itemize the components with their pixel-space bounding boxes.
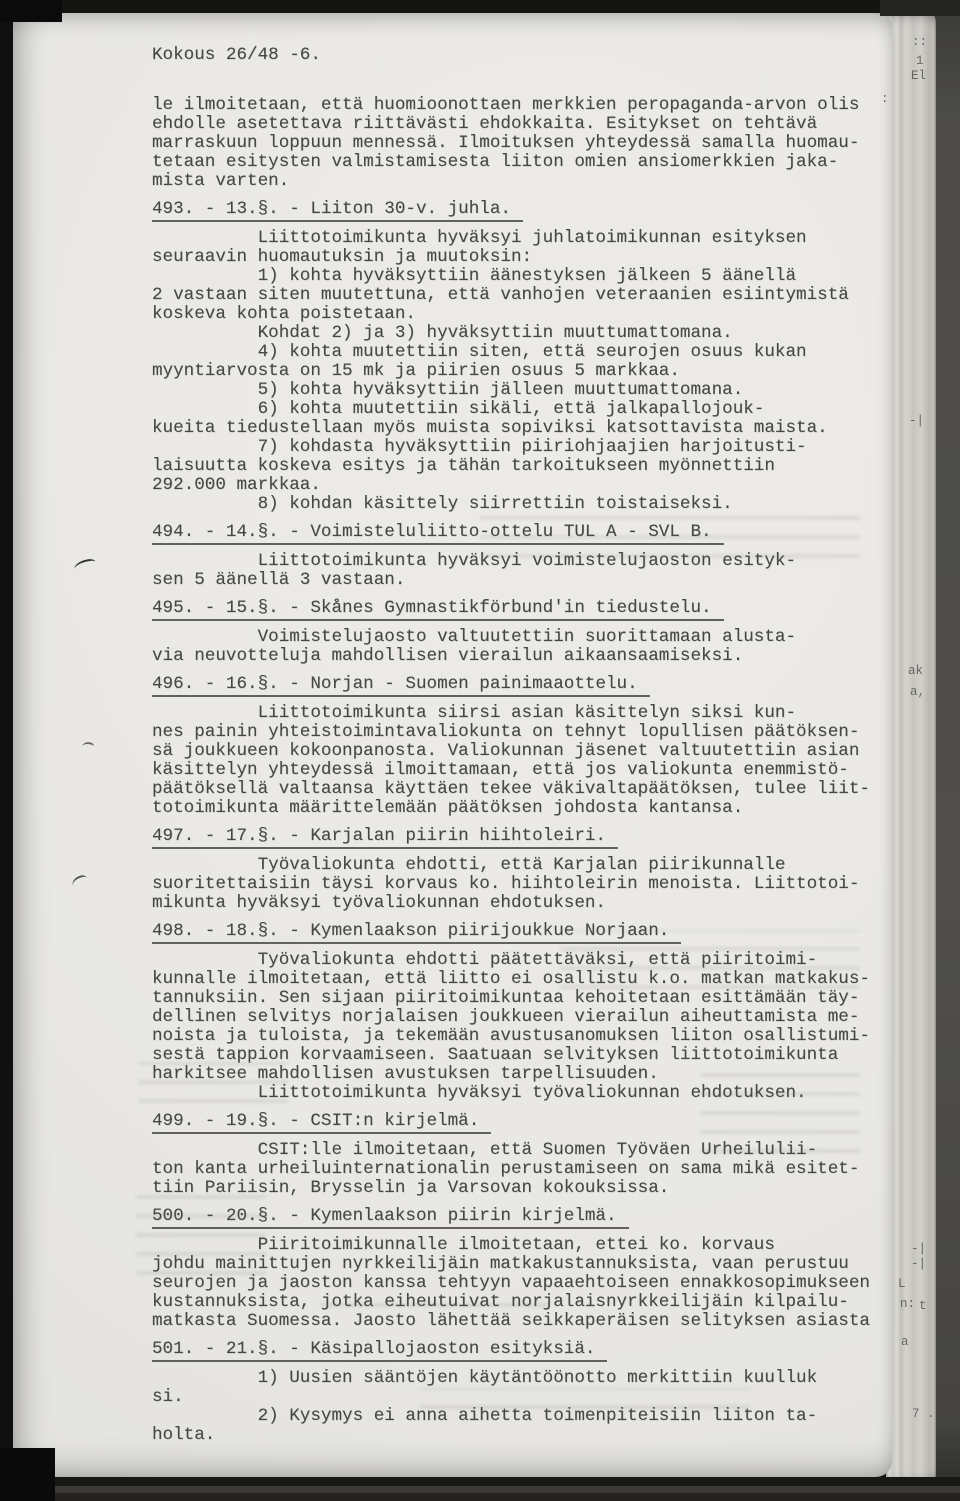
bleedthrough-smudge [560, 930, 860, 994]
edge-text-fragment: -| [909, 415, 924, 427]
text-line: päätöksellä valtaansa käyttäen tekee väk… [152, 780, 892, 799]
text-line: suoritettaisiin täysi korvaus ko. hiihto… [152, 875, 892, 894]
scan-table-surface [0, 1477, 960, 1501]
text-line: Kohdat 2) ja 3) hyväksyttiin muuttumatto… [152, 324, 892, 343]
text-line: kueita tiedustellaan myös muista sopivik… [152, 419, 892, 438]
bleedthrough-smudge [136, 1180, 266, 1280]
edge-text-fragment: a [901, 1336, 909, 1348]
document-header: Kokous 26/48 -6. [152, 46, 892, 65]
edge-text-fragment: ak [908, 665, 923, 677]
edge-text-fragment: n: [900, 1298, 915, 1310]
edge-text-fragment: : [881, 93, 889, 105]
section-heading-text: 496. - 16.§. - Norjan - Suomen painimaao… [152, 675, 650, 697]
section-heading: 493. - 13.§. - Liiton 30-v. juhla. [152, 200, 892, 222]
text-line: via neuvotteluja mahdollisen vierailun a… [152, 647, 892, 666]
text-line: holta. [152, 1426, 892, 1445]
text-line: 5) kohta hyväksyttiin jälleen muuttumatt… [152, 381, 892, 400]
text-line: 6) kohta muutettiin sikäli, että jalkapa… [152, 400, 892, 419]
document-page: Kokous 26/48 -6. le ilmoitetaan, että hu… [12, 13, 892, 1477]
section-heading-text: 493. - 13.§. - Liiton 30-v. juhla. [152, 200, 523, 222]
text-line: marraskuun loppuun mennessä. Ilmoituksen… [152, 134, 892, 153]
text-line: Liittotoimikunta siirsi asian käsittelyn… [152, 704, 892, 723]
text-line: totoimikunta määrittelemään päätöksen jo… [152, 799, 892, 818]
text-line: tetaan esitysten valmistamisesta liiton … [152, 153, 892, 172]
bleedthrough-smudge [420, 1388, 750, 1414]
edge-text-fragment: El [911, 70, 926, 82]
text-line: Voimistelujaosto valtuutettiin suorittam… [152, 628, 892, 647]
scan-border-left [0, 0, 13, 1501]
text-line: le ilmoitetaan, että huomioonottaen merk… [152, 96, 892, 115]
edge-text-fragment: 1 [916, 55, 924, 67]
bleedthrough-smudge [700, 1058, 860, 1158]
paragraph: le ilmoitetaan, että huomioonottaen merk… [152, 96, 892, 191]
text-line: 1) Uusien sääntöjen käytäntöönotto merki… [152, 1369, 892, 1388]
text-line: Liittotoimikunta hyväksyi juhlatoimikunn… [152, 229, 892, 248]
edge-text-fragment: a, [910, 686, 925, 698]
edge-text-fragment: :: [912, 36, 927, 48]
edge-text-fragment: -| [911, 1258, 926, 1270]
section-heading: 495. - 15.§. - Skånes Gymnastikförbund'i… [152, 599, 892, 621]
text-line: matkasta Suomessa. Jaosto lähettää seikk… [152, 1312, 892, 1331]
bleedthrough-smudge [480, 515, 860, 563]
text-line: noista ja tuloista, ja tekemään avustusa… [152, 1027, 892, 1046]
text-line: dellinen selvitys norjalaisen joukkueen … [152, 1008, 892, 1027]
scan-corner [0, 0, 62, 22]
text-line: Työvaliokunta ehdotti, että Karjalan pii… [152, 856, 892, 875]
ink-mark [70, 874, 89, 891]
section-heading: 496. - 16.§. - Norjan - Suomen painimaao… [152, 675, 892, 697]
text-line: 8) kohdan käsittely siirrettiin toistais… [152, 495, 892, 514]
paragraph: Liittotoimikunta hyväksyi juhlatoimikunn… [152, 229, 892, 514]
text-line: seuraavin huomautuksin ja muutoksin: [152, 248, 892, 267]
section-heading: 501. - 21.§. - Käsipallojaoston esityksi… [152, 1340, 892, 1362]
text-line: 2 vastaan siten muutettuna, että vanhoje… [152, 286, 892, 305]
paragraph: Työvaliokunta ehdotti, että Karjalan pii… [152, 856, 892, 913]
text-line: 7) kohdasta hyväksyttiin piiriohjaajien … [152, 438, 892, 457]
section-heading-text: 501. - 21.§. - Käsipallojaoston esityksi… [152, 1340, 607, 1362]
text-line: sä joukkueen kokoonpanosta. Valiokunnan … [152, 742, 892, 761]
text-line: 292.000 markkaa. [152, 476, 892, 495]
scan-border-top [0, 0, 960, 13]
section-heading-text: 497. - 17.§. - Karjalan piirin hiihtolei… [152, 827, 618, 849]
bleedthrough-smudge [138, 1062, 288, 1108]
paragraph: Liittotoimikunta siirsi asian käsittelyn… [152, 704, 892, 818]
text-line: koskeva kohta poistetaan. [152, 305, 892, 324]
text-line: mista varten. [152, 172, 892, 191]
text-line: nes painin yhteistoimintavaliokunta on t… [152, 723, 892, 742]
scan-corner [0, 1448, 55, 1501]
text-line: laisuutta koskeva esitys ja tähän tarkoi… [152, 457, 892, 476]
edge-text-fragment: -| [911, 1243, 926, 1255]
ink-mark [73, 558, 97, 574]
text-line: ton kanta urheiluinternationalin perusta… [152, 1160, 892, 1179]
section-heading: 497. - 17.§. - Karjalan piirin hiihtolei… [152, 827, 892, 849]
edge-text-fragment: t [919, 1300, 927, 1312]
text-line: sen 5 äänellä 3 vastaan. [152, 571, 892, 590]
text-line: käsittelyn yhteydessä ilmoittamaan, että… [152, 761, 892, 780]
text-line: mikunta hyväksyi työvaliokunnan ehdotuks… [152, 894, 892, 913]
section-heading-text: 499. - 19.§. - CSIT:n kirjelmä. [152, 1112, 491, 1134]
edge-text-fragment: 7 . [912, 1408, 935, 1420]
scan-corner [880, 0, 960, 16]
section-heading-text: 495. - 15.§. - Skånes Gymnastikförbund'i… [152, 599, 724, 621]
text-line: 4) kohta muutettiin siten, että seurojen… [152, 343, 892, 362]
text-line: ehdolle asetettava riittävästi ehdokkait… [152, 115, 892, 134]
text-line: 1) kohta hyväksyttiin äänestyksen jälkee… [152, 267, 892, 286]
text-line: myyntiarvosta on 15 mk ja piirien osuus … [152, 362, 892, 381]
edge-text-fragment: L [898, 1278, 906, 1290]
paragraph: Voimistelujaosto valtuutettiin suorittam… [152, 628, 892, 666]
scanned-document-photo: Kokous 26/48 -6. le ilmoitetaan, että hu… [0, 0, 960, 1501]
bleedthrough-smudge [320, 1292, 550, 1312]
ink-mark [81, 741, 94, 752]
